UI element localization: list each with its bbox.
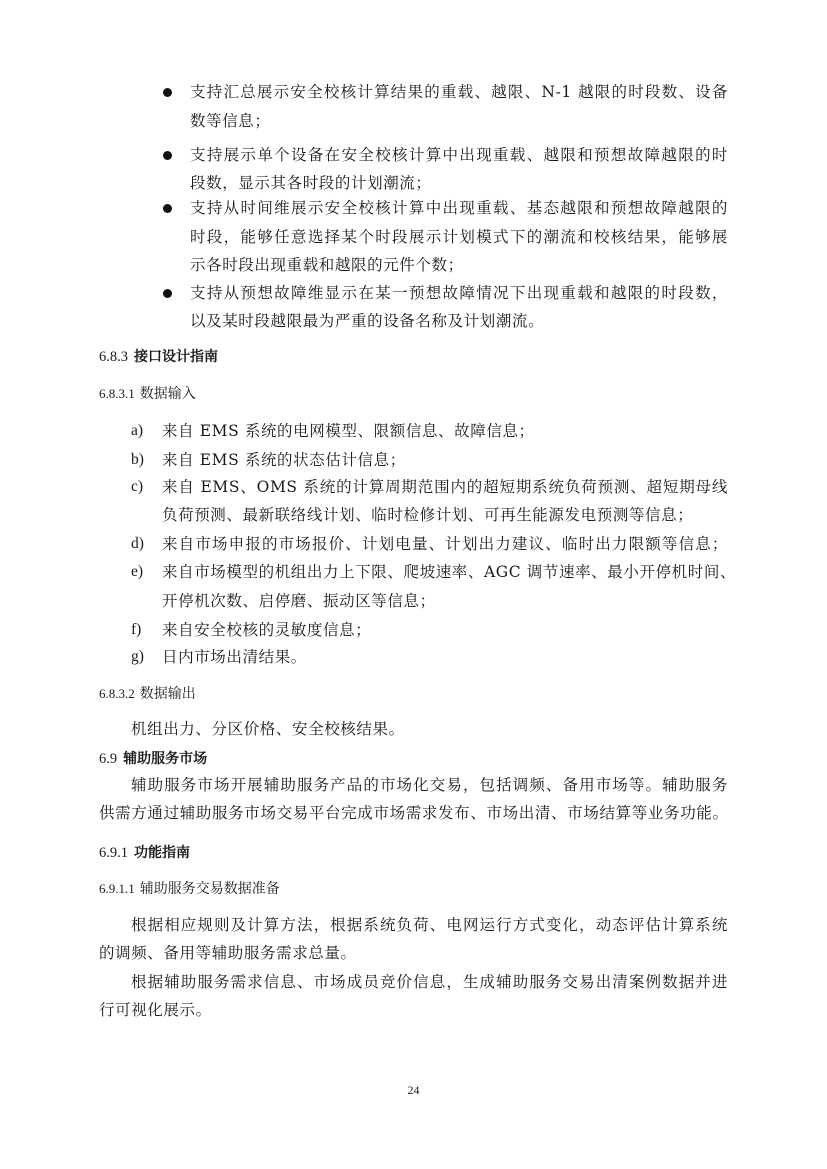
section-number: 6.9.1.1 bbox=[99, 881, 135, 896]
section-title: 数据输入 bbox=[140, 386, 196, 402]
section-title: 辅助服务市场 bbox=[123, 751, 207, 767]
bullet-4-line-1: 支持从预想故障维显示在某一预想故障情况下出现重载和越限的时段数， bbox=[190, 283, 728, 303]
section-title: 辅助服务交易数据准备 bbox=[140, 881, 280, 897]
page-number: 24 bbox=[0, 1083, 827, 1098]
bullet-2-line-2: 段数，显示其各时段的计划潮流； bbox=[190, 173, 432, 193]
input-e-line-2: 开停机次数、启停磨、振动区等信息； bbox=[162, 591, 436, 611]
section-6-9-1-1-para-2-line-2: 行可视化展示。 bbox=[99, 1000, 212, 1020]
list-label-g: g) bbox=[131, 647, 144, 667]
section-title: 数据输出 bbox=[140, 686, 196, 702]
list-label-f: f) bbox=[131, 620, 141, 640]
section-title: 功能指南 bbox=[134, 845, 190, 861]
section-heading-6-9-1: 6.9.1功能指南 bbox=[99, 842, 190, 863]
section-6-9-para-line-1: 辅助服务市场开展辅助服务产品的市场化交易，包括调频、备用市场等。辅助服务 bbox=[131, 775, 728, 795]
section-number: 6.8.3 bbox=[99, 349, 128, 365]
bullet-2-line-1: 支持展示单个设备在安全校核计算中出现重载、越限和预想故障越限的时 bbox=[190, 145, 728, 165]
input-e-line-1: 来自市场模型的机组出力上下限、爬坡速率、AGC 调节速率、最小开停机时间、 bbox=[162, 562, 728, 582]
input-g-line-1: 日内市场出清结果。 bbox=[162, 647, 307, 667]
output-text: 机组出力、分区价格、安全校核结果。 bbox=[131, 719, 405, 739]
input-d-line-1: 来自市场申报的市场报价、计划电量、计划出力建议、临时出力限额等信息； bbox=[162, 534, 728, 554]
list-label-c: c) bbox=[131, 477, 143, 497]
section-6-9-1-1-para-1-line-1: 根据相应规则及计算方法，根据系统负荷、电网运行方式变化，动态评估计算系统 bbox=[131, 915, 728, 935]
input-f-line-1: 来自安全校核的灵敏度信息； bbox=[162, 620, 371, 640]
section-6-9-1-1-para-2-line-1: 根据辅助服务需求信息、市场成员竞价信息，生成辅助服务交易出清案例数据并进 bbox=[131, 972, 728, 992]
section-heading-6-8-3-2: 6.8.3.2数据输出 bbox=[99, 684, 196, 704]
input-a-line-1: 来自 EMS 系统的电网模型、限额信息、故障信息； bbox=[162, 421, 535, 441]
section-6-9-1-1-para-1-line-2: 的调频、备用等辅助服务需求总量。 bbox=[99, 943, 357, 963]
section-heading-6-8-3-1: 6.8.3.1数据输入 bbox=[99, 384, 196, 404]
section-heading-6-9-1-1: 6.9.1.1辅助服务交易数据准备 bbox=[99, 879, 280, 899]
bullet-4-line-2: 以及某时段越限最为严重的设备名称及计划潮流。 bbox=[190, 311, 544, 331]
section-6-9-para-line-2: 供需方通过辅助服务市场交易平台完成市场需求发布、市场出清、市场结算等业务功能。 bbox=[99, 803, 728, 823]
bullet-icon bbox=[163, 88, 172, 97]
bullet-icon bbox=[163, 204, 172, 213]
bullet-icon bbox=[163, 289, 172, 298]
bullet-3-line-1: 支持从时间维展示安全校核计算中出现重载、基态越限和预想故障越限的 bbox=[190, 198, 728, 218]
section-number: 6.8.3.2 bbox=[99, 686, 135, 701]
input-c-line-1: 来自 EMS、OMS 系统的计算周期范围内的超短期系统负荷预测、超短期母线 bbox=[162, 477, 728, 497]
input-b-line-1: 来自 EMS 系统的状态估计信息； bbox=[162, 450, 406, 470]
document-page: 支持汇总展示安全校核计算结果的重载、越限、N-1 越限的时段数、设备 数等信息；… bbox=[0, 0, 827, 1169]
bullet-1-line-1: 支持汇总展示安全校核计算结果的重载、越限、N-1 越限的时段数、设备 bbox=[190, 82, 728, 102]
list-label-b: b) bbox=[131, 450, 144, 470]
section-number: 6.9.1 bbox=[99, 845, 128, 861]
section-number: 6.9 bbox=[99, 751, 117, 767]
bullet-3-line-3: 示各时段出现重载和越限的元件个数； bbox=[190, 255, 464, 275]
list-label-d: d) bbox=[131, 534, 144, 554]
input-c-line-2: 负荷预测、最新联络线计划、临时检修计划、可再生能源发电预测等信息； bbox=[162, 505, 693, 525]
section-heading-6-8-3: 6.8.3接口设计指南 bbox=[99, 346, 218, 367]
list-label-a: a) bbox=[131, 421, 143, 441]
section-title: 接口设计指南 bbox=[134, 349, 218, 365]
section-heading-6-9: 6.9辅助服务市场 bbox=[99, 748, 207, 769]
bullet-1-line-2: 数等信息； bbox=[190, 111, 271, 131]
bullet-3-line-2: 时段，能够任意选择某个时段展示计划模式下的潮流和校核结果，能够展 bbox=[190, 227, 728, 247]
list-label-e: e) bbox=[131, 562, 143, 582]
section-number: 6.8.3.1 bbox=[99, 386, 135, 401]
bullet-icon bbox=[163, 151, 172, 160]
